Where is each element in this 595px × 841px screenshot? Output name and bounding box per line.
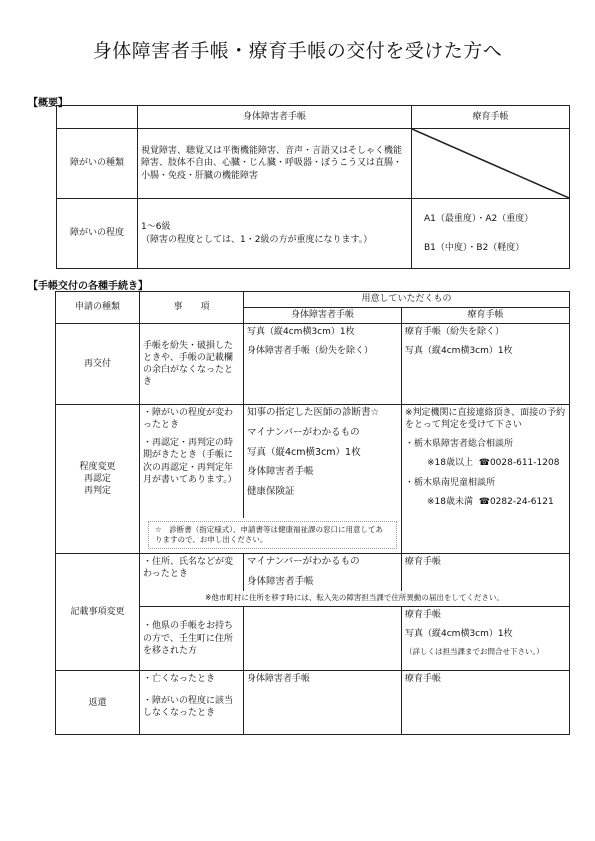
- type-record-change: 記載事項変更: [56, 554, 140, 671]
- rehab-org-adult: ・栃木県障害者総合相談所: [405, 438, 566, 450]
- physical-item: マイナンバーがわかるもの: [247, 556, 398, 569]
- rehab-contact-child: ※18歳未満 ☎0282-24-6121: [405, 496, 566, 508]
- rehab-degree-change: ※判定機関に直接連絡頂き、面接の予約をとって判定を受けて下さい ・栃木県障害者総…: [402, 405, 570, 554]
- move-note: ※他市町村に住所を移す時には、転入先の障害担当課で住所異動の届出をしてください。: [140, 591, 570, 607]
- rehab-inquiry-note: （詳しくは担当課までお問合せ下さい。）: [405, 647, 566, 657]
- header-prepare: 用意していただくもの: [244, 292, 570, 308]
- star-note: ☆ 診断書（指定様式）、申請書等は健康福祉課の窓口に用意してありますので、お申し…: [148, 521, 397, 549]
- procedures-header-row: 申請の種類 事 項 用意していただくもの: [56, 292, 570, 308]
- physical-return: 身体障害者手帳: [244, 671, 402, 735]
- rehab-reissue: 療育手帳（紛失を除く） 写真（縦4cm横3cm）1枚: [402, 324, 570, 405]
- matter-record-change-1: ・住所、氏名などが変わったとき: [140, 554, 244, 591]
- physical-record-change-1: マイナンバーがわかるもの 身体障害者手帳: [244, 554, 402, 591]
- matter-item: ・障がいの程度に該当しなくなったとき: [143, 695, 240, 719]
- matter-degree-change: ・障がいの程度が変わったとき ・再認定・再判定の時期がきたとき（手帳に次の再認定…: [140, 405, 244, 518]
- type-return: 返還: [56, 671, 140, 735]
- row-record-change-1: 記載事項変更 ・住所、氏名などが変わったとき マイナンバーがわかるもの 身体障害…: [56, 554, 570, 591]
- physical-reissue: 写真（縦4cm横3cm）1枚 身体障害者手帳（紛失を除く）: [244, 324, 402, 405]
- physical-reissue-item: 写真（縦4cm横3cm）1枚: [247, 326, 398, 338]
- overview-physical-type: 視覚障害、聴覚又は平衡機能障害、音声・言語又はそしゃく機能障害、肢体不自由、心臓…: [138, 129, 412, 199]
- physical-degree-note: （障害の程度としては、1・2級の方が重度になります。）: [141, 234, 408, 246]
- rehab-grade-b: B1（中度）・B2（軽度）: [424, 242, 566, 254]
- physical-record-change-2: [244, 607, 402, 671]
- row-reissue: 再交付 手帳を紛失・破損したときや、手帳の記載欄の余白がなくなったとき 写真（縦…: [56, 324, 570, 405]
- physical-item: 知事の指定した医師の診断書☆: [247, 407, 398, 420]
- overview-table: 身体障害者手帳 療育手帳 障がいの種類 視覚障害、聴覚又は平衡機能障害、音声・言…: [56, 105, 570, 269]
- header-type: 申請の種類: [56, 292, 140, 324]
- overview-physical-degree: 1～6級 （障害の程度としては、1・2級の方が重度になります。）: [138, 199, 412, 269]
- overview-header-rehab: 療育手帳: [412, 106, 570, 129]
- type-reissue: 再交付: [56, 324, 140, 405]
- physical-item: マイナンバーがわかるもの: [247, 427, 398, 440]
- rehab-record-change-1: 療育手帳: [402, 554, 570, 591]
- overview-row-type: 障がいの種類 視覚障害、聴覚又は平衡機能障害、音声・言語又はそしゃく機能障害、肢…: [57, 129, 570, 199]
- rehab-record-change-2: 療育手帳 写真（縦4cm横3cm）1枚 （詳しくは担当課までお問合せ下さい。）: [402, 607, 570, 671]
- rehab-return: 療育手帳: [402, 671, 570, 735]
- header-physical: 身体障害者手帳: [244, 308, 402, 324]
- overview-rehab-type-na: [412, 129, 570, 199]
- phone-number[interactable]: 0282-24-6121: [490, 497, 554, 507]
- type-line: 再認定: [56, 473, 139, 485]
- matter-reissue: 手帳を紛失・破損したときや、手帳の記載欄の余白がなくなったとき: [140, 324, 244, 405]
- age-condition: ※18歳未満: [427, 497, 473, 507]
- overview-header-blank: [57, 106, 138, 129]
- rehab-contact-adult: ※18歳以上 ☎0028-611-1208: [405, 457, 566, 469]
- rehab-reissue-item: 写真（縦4cm横3cm）1枚: [405, 345, 566, 357]
- physical-item: 身体障害者手帳: [247, 576, 398, 589]
- page-title: 身体障害者手帳・療育手帳の交付を受けた方へ: [0, 36, 595, 63]
- diagonal-line-icon: [412, 129, 569, 198]
- rehab-item: 療育手帳: [405, 609, 566, 621]
- type-line: 程度変更: [56, 461, 139, 473]
- rehab-org-child: ・栃木県南児童相談所: [405, 477, 566, 489]
- header-matter: 事 項: [140, 292, 244, 324]
- type-degree-change: 程度変更 再認定 再判定: [56, 405, 140, 554]
- row-return: 返還 ・亡くなったとき ・障がいの程度に該当しなくなったとき 身体障害者手帳 療…: [56, 671, 570, 735]
- overview-row-degree: 障がいの程度 1～6級 （障害の程度としては、1・2級の方が重度になります。） …: [57, 199, 570, 269]
- physical-reissue-item: 身体障害者手帳（紛失を除く）: [247, 345, 398, 357]
- overview-rehab-degree: A1（最重度）・A2（重度） B1（中度）・B2（軽度）: [412, 199, 570, 269]
- matter-return: ・亡くなったとき ・障がいの程度に該当しなくなったとき: [140, 671, 244, 735]
- physical-degree-range: 1～6級: [141, 221, 408, 233]
- physical-item: 身体障害者手帳: [247, 466, 398, 479]
- phone-icon: ☎: [479, 458, 490, 468]
- rehab-item: 写真（縦4cm横3cm）1枚: [405, 628, 566, 640]
- type-line: 再判定: [56, 485, 139, 497]
- rehab-judgement-note: ※判定機関に直接連絡頂き、面接の予約をとって判定を受けて下さい: [405, 407, 566, 431]
- matter-item: ・再認定・再判定の時期がきたとき（手帳に次の再認定・再判定年月が書いてあります。…: [143, 437, 240, 486]
- rehab-grade-a: A1（最重度）・A2（重度）: [424, 213, 566, 225]
- physical-item: 写真（縦4cm横3cm）1枚: [247, 447, 398, 460]
- star-note-cell: ☆ 診断書（指定様式）、申請書等は健康福祉課の窓口に用意してありますので、お申し…: [140, 518, 402, 554]
- row-degree-change: 程度変更 再認定 再判定 ・障がいの程度が変わったとき ・再認定・再判定の時期が…: [56, 405, 570, 518]
- header-rehab: 療育手帳: [402, 308, 570, 324]
- matter-item: ・障がいの程度が変わったとき: [143, 407, 240, 431]
- matter-record-change-2: ・他県の手帳をお持ちの方で、壬生町に住所を移された方: [140, 607, 244, 671]
- overview-row-label: 障がいの程度: [57, 199, 138, 269]
- phone-icon: ☎: [479, 497, 490, 507]
- overview-header-row: 身体障害者手帳 療育手帳: [57, 106, 570, 129]
- physical-item: 健康保険証: [247, 486, 398, 499]
- phone-number[interactable]: 0028-611-1208: [490, 458, 559, 468]
- overview-header-physical: 身体障害者手帳: [138, 106, 412, 129]
- matter-item: ・亡くなったとき: [143, 673, 240, 685]
- procedures-section-label: 【手帳交付の各種手続き】: [28, 277, 148, 292]
- procedures-table: 申請の種類 事 項 用意していただくもの 身体障害者手帳 療育手帳 再交付 手帳…: [55, 291, 570, 735]
- physical-degree-change: 知事の指定した医師の診断書☆ マイナンバーがわかるもの 写真（縦4cm横3cm）…: [244, 405, 402, 518]
- rehab-reissue-item: 療育手帳（紛失を除く）: [405, 326, 566, 338]
- overview-row-label: 障がいの種類: [57, 129, 138, 199]
- age-condition: ※18歳以上: [427, 458, 473, 468]
